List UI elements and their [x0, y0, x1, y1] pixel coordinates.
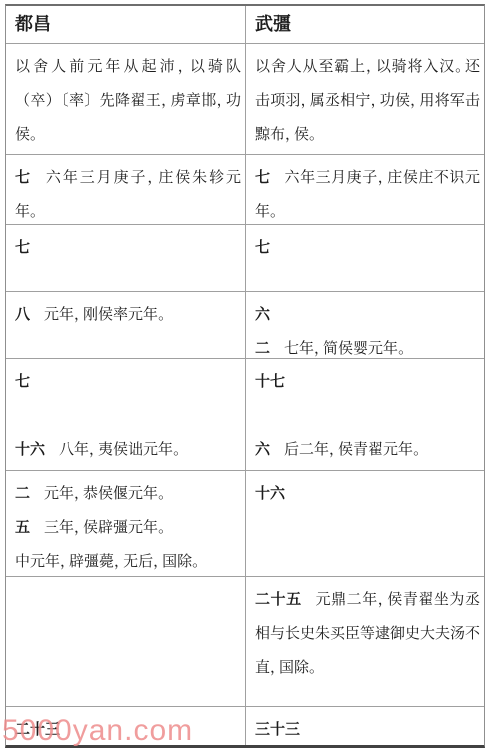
reign-duration-number: 六 [255, 307, 270, 323]
entry-text: 以舍人前元年从起沛，以骑队（卒）〔率〕先降翟王，虏章邯，功侯。 [15, 59, 241, 143]
table-cell: 七六年三月庚子，庄侯庄不识元年。 [246, 155, 484, 224]
entry-block: 十六八年，夷侯诎元年。 [15, 433, 241, 467]
table-cell: 以舍人从至霸上，以骑将入汉。还击项羽，属丞相宁，功侯，用将军击黥布，侯。 [246, 44, 484, 154]
punctuation: ， [74, 486, 89, 502]
table-row: 七十六八年，夷侯诎元年。十七六后二年，侯青翟元年。 [6, 359, 484, 471]
punctuation: ， [366, 59, 382, 75]
reign-duration-number: 二 [255, 341, 270, 357]
reign-duration-number: 八 [15, 307, 30, 323]
entry-block: 二十五元鼎二年，侯青翟坐为丞相与长史朱买臣等逮御史大夫汤不直，国除。 [255, 583, 480, 685]
reign-duration-number: 二十三 [15, 722, 60, 738]
table-row: 二十五元鼎二年，侯青翟坐为丞相与长史朱买臣等逮御史大夫汤不直，国除。 [6, 577, 484, 707]
entry-text: 六年三月庚子，庄侯朱轸元年。 [15, 170, 241, 220]
punctuation: ， [74, 520, 89, 536]
entry-text: 元年，刚侯率元年。 [44, 307, 167, 323]
reign-duration-number: 七 [15, 374, 30, 390]
entry-block: 十六 [255, 477, 480, 511]
table-cell: 二十五元鼎二年，侯青翟坐为丞相与长史朱买臣等逮御史大夫汤不直，国除。 [246, 577, 484, 706]
reign-duration-number: 十七 [255, 374, 285, 390]
punctuation: 。 [270, 204, 285, 220]
entry-block: 三十三 [255, 713, 480, 745]
table-cell: 十六 [246, 471, 484, 576]
punctuation: ， [371, 93, 386, 109]
entry-text: 以舍人从至霸上，以骑将入汉。还击项羽，属丞相宁，功侯，用将军击黥布，侯。 [255, 59, 480, 143]
entry-block: 七六年三月庚子，庄侯庄不识元年。 [255, 161, 480, 224]
entry-text: 八年，夷侯诎元年。 [59, 442, 182, 458]
punctuation: 。 [30, 127, 45, 143]
punctuation: 。 [30, 204, 45, 220]
entry-block: 八元年，刚侯率元年。 [15, 298, 241, 332]
punctuation: ， [378, 170, 394, 186]
table-header-row: 都昌武彊 [6, 6, 484, 44]
table-cell: 十七六后二年，侯青翟元年。 [246, 359, 484, 470]
punctuation: ， [285, 127, 300, 143]
entry-block: 二七年，简侯婴元年。 [255, 332, 480, 358]
punctuation: ， [410, 93, 425, 109]
entry-block: 七六年三月庚子，庄侯朱轸元年。 [15, 161, 241, 224]
reign-duration-number: 六 [255, 442, 270, 458]
table-row: 八元年，刚侯率元年。六二七年，简侯婴元年。 [6, 292, 484, 359]
reign-duration-number: 七 [15, 170, 32, 186]
reign-duration-number: 五 [15, 520, 30, 536]
table-cell: 六二七年，简侯婴元年。 [246, 292, 484, 358]
entry-block: 以舍人从至霸上，以骑将入汉。还击项羽，属丞相宁，功侯，用将军击黥布，侯。 [255, 50, 480, 152]
entry-block: 六后二年，侯青翟元年。 [255, 433, 480, 467]
punctuation: 。 [455, 59, 471, 75]
entry-block: 七 [255, 231, 480, 265]
table-cell: 七 [6, 225, 246, 291]
entry-text: 后二年，侯青翟元年。 [284, 442, 422, 458]
table-row: 二十三三十三 [6, 707, 484, 745]
table-row: 七七 [6, 225, 484, 292]
punctuation: ， [270, 660, 285, 676]
punctuation: 。 [413, 442, 428, 458]
entry-block: 二元年，恭侯偃元年。 [15, 477, 241, 511]
punctuation: ， [147, 170, 164, 186]
table-row: 七六年三月庚子，庄侯朱轸元年。七六年三月庚子，庄侯庄不识元年。 [6, 155, 484, 225]
punctuation: ， [161, 93, 176, 109]
table-cell: 二元年，恭侯偃元年。五三年，侯辟彊元年。中元年，辟彊薨，无后，国除。 [6, 471, 246, 576]
punctuation: ， [153, 554, 168, 570]
punctuation: 。 [309, 127, 324, 143]
entry-text: 中元年，辟彊薨，无后，国除。 [15, 554, 201, 570]
punctuation: 。 [158, 520, 173, 536]
table-cell: 以舍人前元年从起沛，以骑队（卒）〔率〕先降翟王，虏章邯，功侯。 [6, 44, 246, 154]
reign-duration-number: 七 [255, 240, 270, 256]
entry-block: 中元年，辟彊薨，无后，国除。 [15, 545, 241, 576]
table-row: 二元年，恭侯偃元年。五三年，侯辟彊元年。中元年，辟彊薨，无后，国除。十六 [6, 471, 484, 577]
punctuation: ， [114, 554, 129, 570]
table-cell [6, 577, 246, 706]
punctuation: 。 [158, 307, 173, 323]
punctuation: ， [178, 59, 196, 75]
punctuation: ， [217, 93, 232, 109]
punctuation: 。 [309, 660, 324, 676]
reign-duration-number: 三十三 [255, 722, 300, 738]
entry-text: 三年，侯辟彊元年。 [44, 520, 167, 536]
entry-block: 六 [255, 298, 480, 332]
punctuation: ， [301, 93, 316, 109]
punctuation: ， [314, 341, 329, 357]
entry-block: 以舍人前元年从起沛，以骑队（卒）〔率〕先降翟王，虏章邯，功侯。 [15, 50, 241, 152]
history-table: 都昌武彊以舍人前元年从起沛，以骑队（卒）〔率〕先降翟王，虏章邯，功侯。以舍人从至… [5, 4, 485, 748]
table-cell: 三十三 [246, 707, 484, 745]
punctuation: 。 [158, 486, 173, 502]
punctuation: 。 [192, 554, 207, 570]
table-row: 以舍人前元年从起沛，以骑队（卒）〔率〕先降翟王，虏章邯，功侯。以舍人从至霸上，以… [6, 44, 484, 155]
table-cell: 八元年，刚侯率元年。 [6, 292, 246, 358]
table-cell: 七 [246, 225, 484, 291]
entry-block: 七 [15, 231, 241, 265]
reign-duration-number: 二十五 [255, 592, 302, 608]
punctuation: ， [60, 554, 75, 570]
column-header: 都昌 [6, 6, 246, 43]
punctuation: 。 [398, 341, 413, 357]
entry-text: 元年，恭侯偃元年。 [44, 486, 167, 502]
table-cell: 七六年三月庚子，庄侯朱轸元年。 [6, 155, 246, 224]
reign-duration-number: 七 [255, 170, 271, 186]
table-cell: 二十三 [6, 707, 246, 745]
entry-block: 二十三 [15, 713, 241, 745]
reign-duration-number: 十六 [15, 442, 45, 458]
punctuation: ， [378, 592, 394, 608]
reign-duration-number: 二 [15, 486, 30, 502]
table-cell: 七十六八年，夷侯诎元年。 [6, 359, 246, 470]
entry-text: 六年三月庚子，庄侯庄不识元年。 [255, 170, 480, 220]
entry-text: 七年，简侯婴元年。 [284, 341, 407, 357]
punctuation: ， [329, 442, 344, 458]
punctuation: ， [89, 442, 104, 458]
entry-block: 十七 [255, 365, 480, 399]
reign-duration-number: 七 [15, 240, 30, 256]
reign-duration-number: 十六 [255, 486, 285, 502]
punctuation: ， [74, 307, 89, 323]
entry-block: 五三年，侯辟彊元年。 [15, 511, 241, 545]
punctuation: 。 [173, 442, 188, 458]
column-header: 武彊 [246, 6, 484, 43]
page-root: 都昌武彊以舍人前元年从起沛，以骑队（卒）〔率〕先降翟王，虏章邯，功侯。以舍人从至… [0, 0, 490, 751]
entry-block: 七 [15, 365, 241, 399]
